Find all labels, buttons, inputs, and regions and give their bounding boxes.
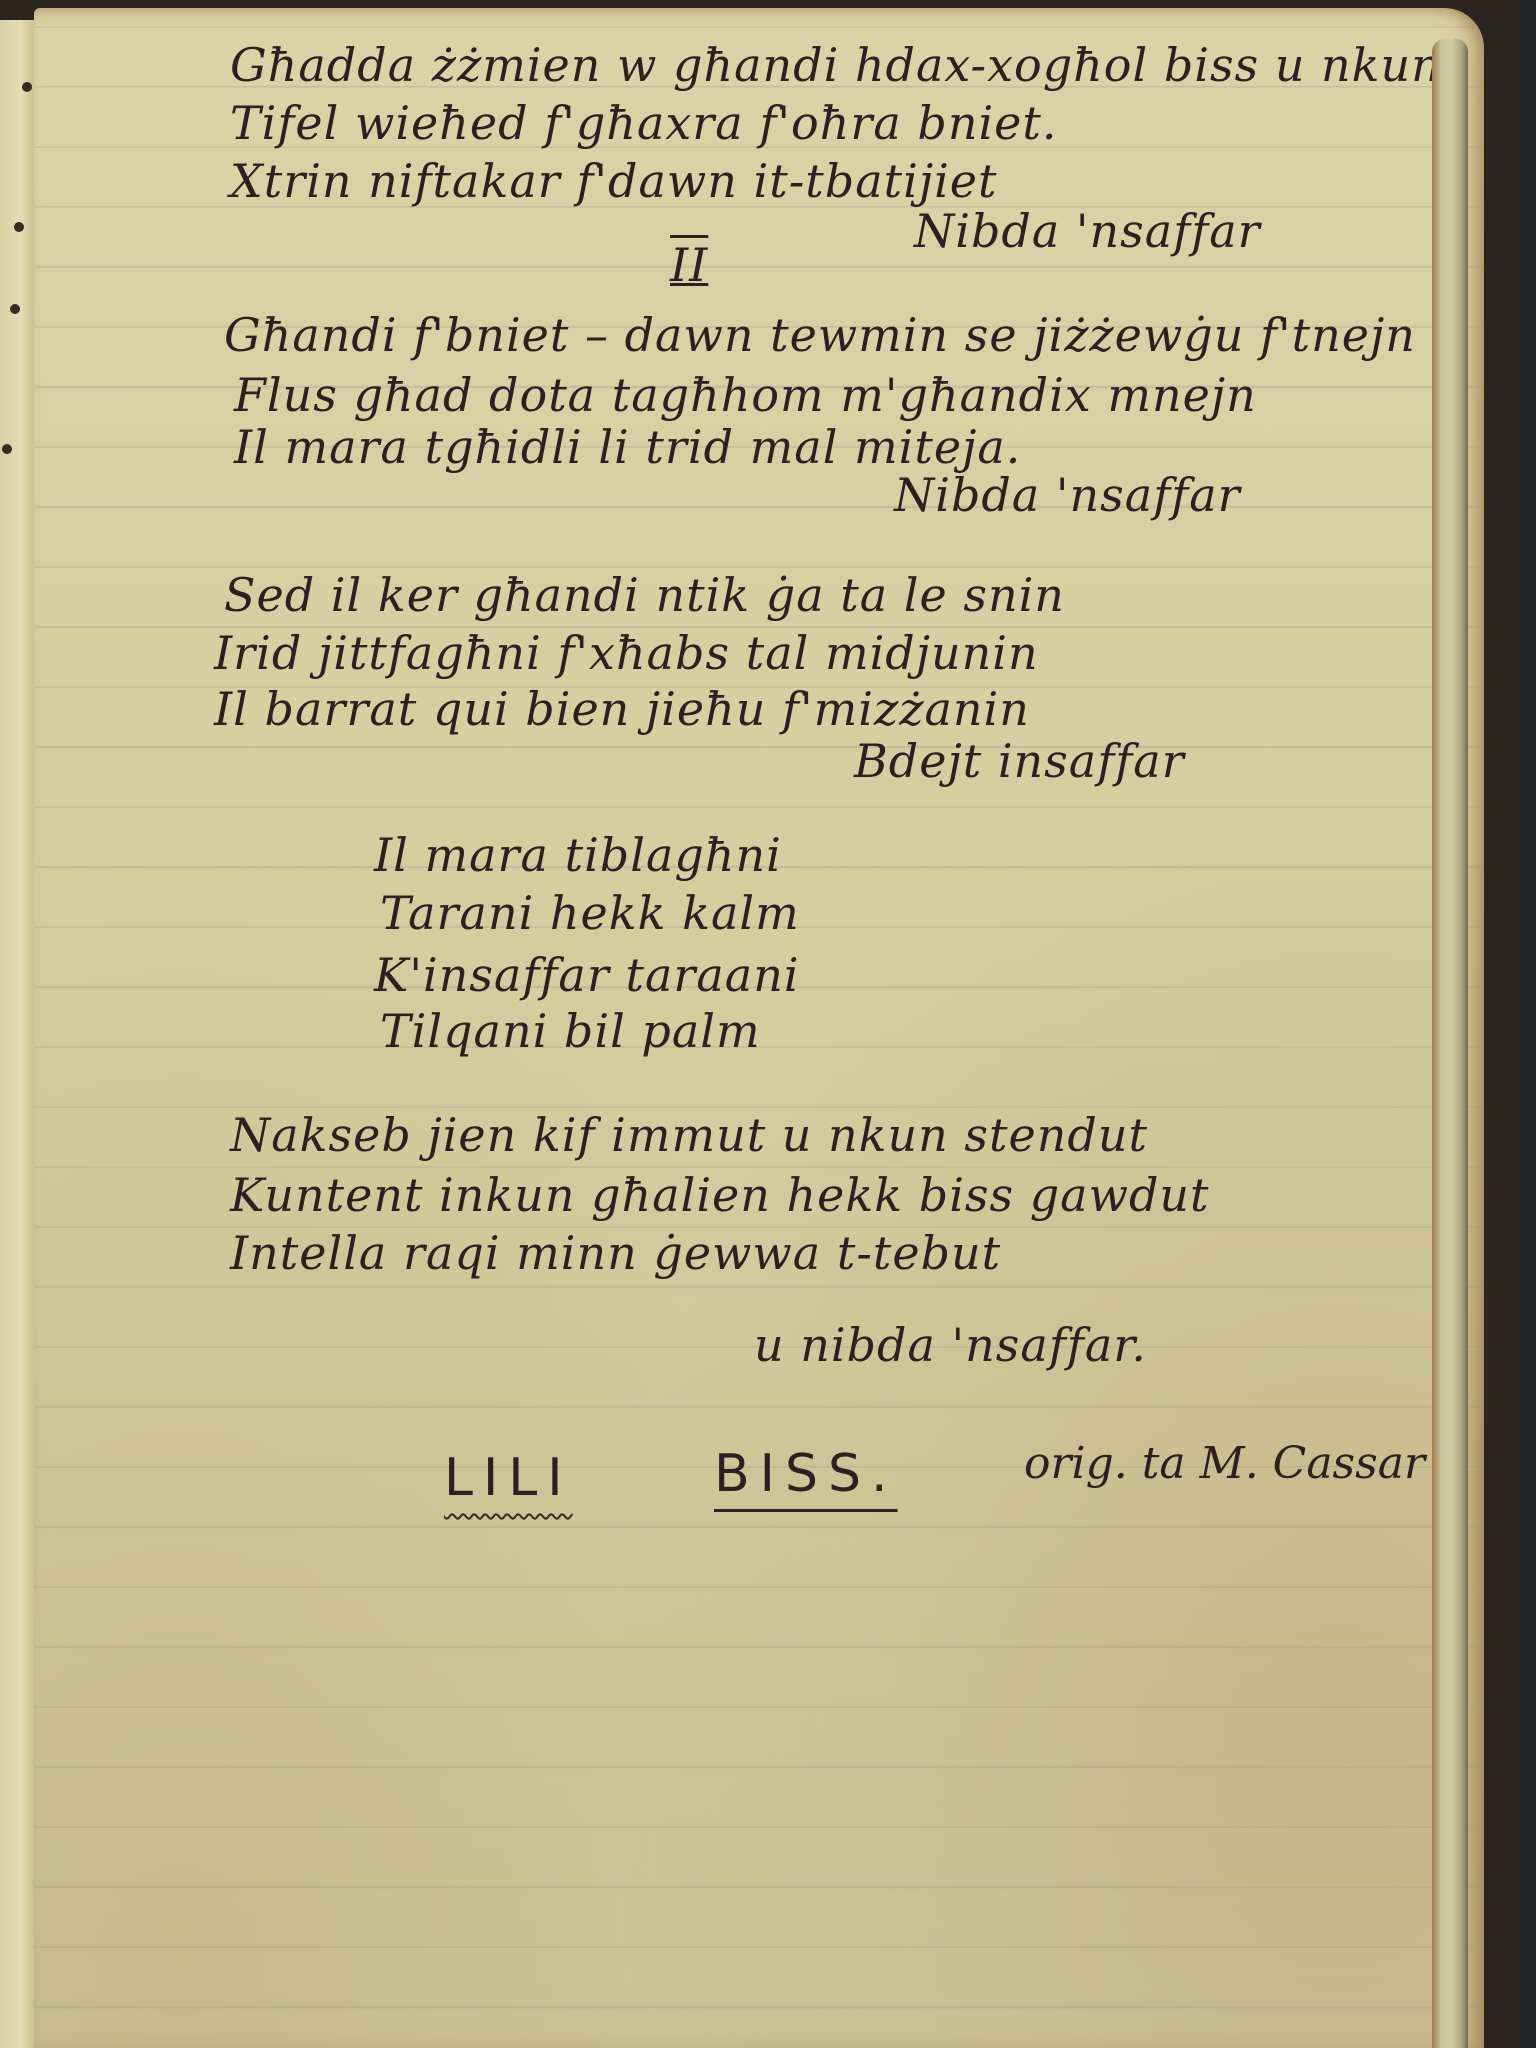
poem-line: Xtrin niftakar f'dawn it-tbatijiet bbox=[230, 154, 998, 208]
notebook-photo: Għadda żżmien w għandi hdax-xogħol biss … bbox=[0, 0, 1536, 2048]
binding-stitch bbox=[22, 82, 32, 92]
refrain: u nibda 'nsaffar. bbox=[754, 1318, 1147, 1372]
poem-line: Għadda żżmien w għandi hdax-xogħol biss … bbox=[230, 38, 1442, 92]
notebook-page: Għadda żżmien w għandi hdax-xogħol biss … bbox=[34, 8, 1484, 2048]
poem-line: Sed il ker għandi ntik ġa ta le snin bbox=[224, 568, 1065, 622]
poem-title-biss: BISS. bbox=[714, 1444, 898, 1504]
refrain: Bdejt insaffar bbox=[854, 734, 1185, 788]
poem-line: K'insaffar taraani bbox=[374, 948, 800, 1002]
book-cover-edge bbox=[1520, 0, 1536, 2048]
poem-line: Flus għad dota tagħhom m'għandix mnejn bbox=[234, 368, 1257, 422]
poem-line: Il barrat qui bien jieħu f'mizżanin bbox=[214, 682, 1030, 736]
attribution: orig. ta M. Cassar bbox=[1024, 1438, 1425, 1489]
poem-line: Il mara tiblagħni bbox=[374, 828, 782, 882]
binding-stitch bbox=[10, 304, 20, 314]
poem-line: Intella raqi minn ġewwa t-tebut bbox=[230, 1226, 1001, 1280]
page-fore-edge bbox=[1432, 38, 1468, 2048]
poem-line: Il mara tgħidli li trid mal miteja. bbox=[234, 420, 1021, 474]
facing-page-edge bbox=[0, 20, 38, 2048]
poem-line: Għandi f'bniet – dawn tewmin se jiżżewġu… bbox=[224, 308, 1416, 362]
refrain: Nibda 'nsaffar bbox=[914, 204, 1261, 258]
section-numeral: II bbox=[654, 238, 724, 292]
poem-line: Tarani hekk kalm bbox=[380, 886, 800, 940]
refrain: Nibda 'nsaffar bbox=[894, 468, 1241, 522]
poem-line: Tilqani bil palm bbox=[380, 1004, 761, 1058]
poem-line: Irid jittfagħni f'xħabs tal midjunin bbox=[214, 626, 1039, 680]
poem-title-lili: LILI bbox=[444, 1448, 573, 1508]
binding-stitch bbox=[14, 222, 24, 232]
poem-line: Nakseb jien kif immut u nkun stendut bbox=[230, 1108, 1148, 1162]
binding-stitch bbox=[2, 444, 12, 454]
poem-line: Kuntent inkun għalien hekk biss gawdut bbox=[230, 1168, 1210, 1222]
poem-line: Tifel wieħed f'għaxra f'oħra bniet. bbox=[230, 96, 1058, 150]
